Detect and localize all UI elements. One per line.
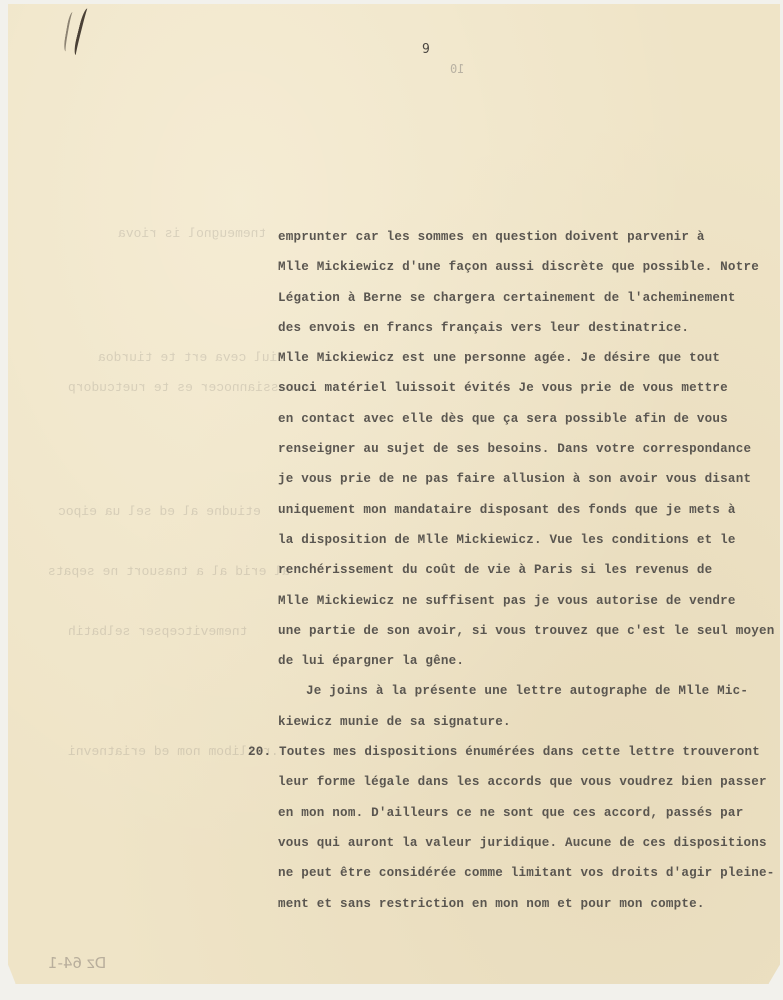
- text-line: renchérissement du coût de vie à Paris s…: [278, 555, 778, 585]
- archive-reference: Dz 64-1: [48, 954, 106, 972]
- text-line: Mlle Mickiewicz est une personne agée. J…: [278, 343, 778, 373]
- text-line: uniquement mon mandataire disposant des …: [278, 495, 778, 525]
- text-line: une partie de son avoir, si vous trouvez…: [278, 616, 778, 646]
- text-line: ment et sans restriction en mon nom et p…: [278, 889, 778, 919]
- text-line: vous qui auront la valeur juridique. Auc…: [278, 828, 778, 858]
- text-line: kiewicz munie de sa signature.: [278, 707, 778, 737]
- text-line: Mlle Mickiewicz ne suffisent pas je vous…: [278, 586, 778, 616]
- text-line: la disposition de Mlle Mickiewicz. Vue l…: [278, 525, 778, 555]
- page-number: 9: [422, 42, 430, 57]
- numbered-paragraph-line: 20. Toutes mes dispositions énumérées da…: [248, 737, 778, 767]
- text-line: emprunter car les sommes en question doi…: [278, 222, 778, 252]
- bleed-through-page-number: 10: [450, 62, 464, 76]
- text-line: Mlle Mickiewicz d'une façon aussi discrè…: [278, 252, 778, 282]
- document-page: 9 10 tnemeugnol is riova .iul ceva ert t…: [8, 4, 780, 984]
- text-line: je vous prie de ne pas faire allusion à …: [278, 464, 778, 494]
- text-line: des envois en francs français vers leur …: [278, 313, 778, 343]
- text-line: en contact avec elle dès que ça sera pos…: [278, 404, 778, 434]
- bleed-through-text: al erid al a tnasuort ne sepats: [48, 564, 290, 579]
- text-line: Légation à Berne se chargera certainemen…: [278, 283, 778, 313]
- text-line: Je joins à la présente une lettre autogr…: [278, 676, 778, 706]
- text-line: renseigner au sujet de ses besoins. Dans…: [278, 434, 778, 464]
- text-line: en mon nom. D'ailleurs ce ne sont que ce…: [278, 798, 778, 828]
- bleed-through-text: tnemevitcepser selbatih: [68, 624, 247, 639]
- text-line: ne peut être considérée comme limitant v…: [278, 858, 778, 888]
- text-line: de lui épargner la gêne.: [278, 646, 778, 676]
- letter-body: emprunter car les sommes en question doi…: [278, 222, 778, 919]
- bleed-through-text: tnemeugnol is riova: [118, 226, 266, 241]
- text-line: souci matériel luissoit évités Je vous p…: [278, 373, 778, 403]
- bleed-through-text: etiudne al ed sel ua eipoc: [58, 504, 261, 519]
- text-line: leur forme légale dans les accords que v…: [278, 767, 778, 797]
- bleed-through-text: .iul ceva ert te tiurdoa: [98, 350, 285, 365]
